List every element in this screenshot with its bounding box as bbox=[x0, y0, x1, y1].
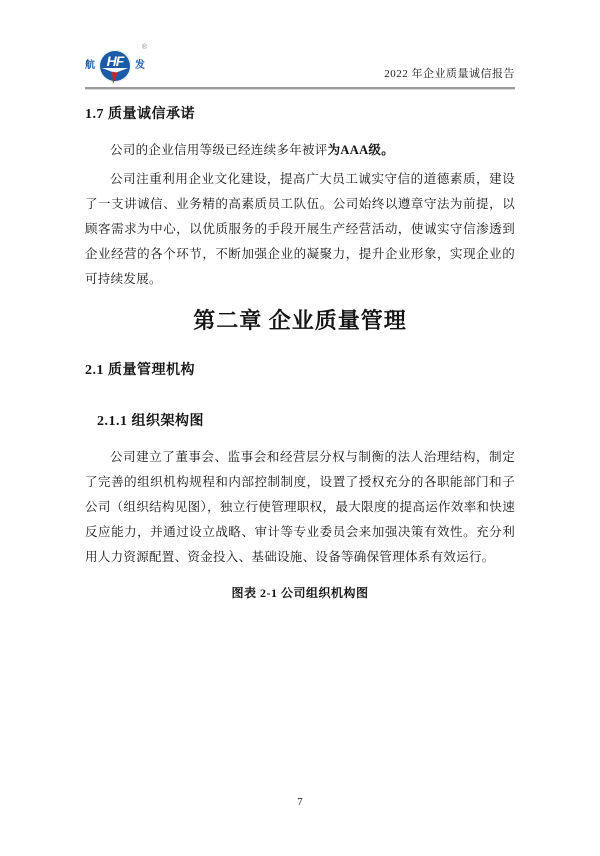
section-heading-2-1: 2.1 质量管理机构 bbox=[85, 359, 515, 379]
credit-rating-grade: 为AAA级。 bbox=[328, 143, 394, 157]
red-swoosh-icon bbox=[110, 72, 118, 85]
section-heading-1-7: 1.7 质量诚信承诺 bbox=[85, 103, 515, 123]
page-footer: 7 bbox=[0, 796, 600, 808]
credit-rating-text: 公司的企业信用等级已经连续多年被评 bbox=[110, 143, 328, 157]
hf-emblem-letters: HF bbox=[99, 54, 131, 68]
section-heading-2-1-1: 2.1.1 组织架构图 bbox=[85, 410, 515, 430]
chapter-2-title: 第二章 企业质量管理 bbox=[85, 304, 515, 335]
page-content: 航 HF 发 ® 2022 年企业质量诚信报告 1.7 质量诚信承诺 公司的企业… bbox=[0, 0, 600, 601]
document-page: 航 HF 发 ® 2022 年企业质量诚信报告 1.7 质量诚信承诺 公司的企业… bbox=[0, 0, 600, 856]
page-number: 7 bbox=[297, 796, 303, 808]
paragraph-credit-rating: 公司的企业信用等级已经连续多年被评为AAA级。 bbox=[85, 138, 515, 163]
company-logo: 航 HF 发 ® bbox=[85, 50, 145, 82]
logo-right-char: 发 bbox=[135, 61, 145, 71]
header-rule bbox=[85, 87, 515, 90]
figure-caption-2-1: 图表 2-1 公司组织机构图 bbox=[85, 584, 515, 601]
paragraph-governance-structure: 公司建立了董事会、监事会和经营层分权与制衡的法人治理结构，制定了完善的组织机构规… bbox=[85, 445, 515, 570]
hf-emblem-icon: HF bbox=[99, 50, 131, 82]
logo-left-char: 航 bbox=[85, 61, 95, 71]
page-header: 航 HF 发 ® 2022 年企业质量诚信报告 bbox=[85, 40, 515, 84]
paragraph-culture-commitment: 公司注重利用企业文化建设，提高广大员工诚实守信的道德素质，建设了一支讲诚信、业务… bbox=[85, 167, 515, 292]
registered-trademark-mark: ® bbox=[142, 44, 147, 51]
running-header-title: 2022 年企业质量诚信报告 bbox=[384, 65, 515, 84]
